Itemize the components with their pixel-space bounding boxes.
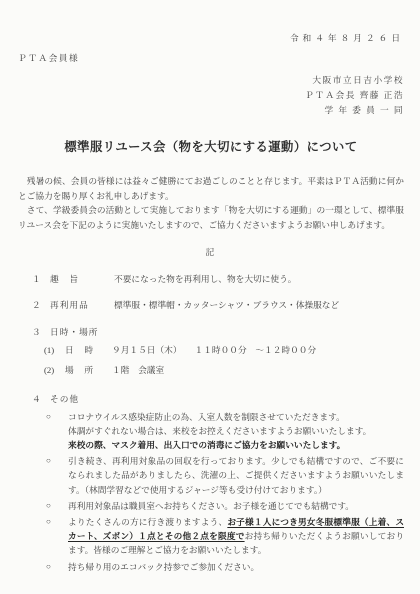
intro-paragraph: さて、学級委員会の活動として実施しております「物を大切にする運動」の一環として、… bbox=[18, 203, 404, 232]
subitem-number: (2) bbox=[44, 362, 65, 379]
item-label: 趣 旨 bbox=[50, 272, 114, 287]
record-items: １趣 旨不要になった物を再利用し、物を大切に使う。 ２再利用品標準服・標準帽・カ… bbox=[18, 272, 404, 574]
bullet-text: 再利用対象品は職員室へお持ちください。お子様を通じてでも結構です。 bbox=[68, 499, 404, 513]
body-paragraphs: 残暑の候、会員の皆様には益々ご健勝にてお過ごしのことと存じます。平素はＰＴＡ活動… bbox=[18, 174, 404, 232]
greeting-paragraph: 残暑の候、会員の皆様には益々ご健勝にてお過ごしのことと存じます。平素はＰＴＡ活動… bbox=[18, 174, 404, 203]
item-others: ４その他 bbox=[18, 392, 404, 407]
item-reuse-goods: ２再利用品標準服・標準帽・カッターシャツ・ブラウス・体操服など bbox=[18, 298, 404, 313]
list-item-covid: ○ コロナウイルス感染症防止の為、入室人数を制限させていただきます。 体調がすぐ… bbox=[18, 410, 404, 453]
list-item-ecobag: ○ 持ち帰り用のエコバック持参でご参加ください。 bbox=[18, 560, 404, 574]
document-title: 標準服リユース会（物を大切にする運動）について bbox=[18, 139, 404, 155]
subitem-place: (2)場 所１階 会議室 bbox=[18, 362, 404, 379]
others-bullet-list: ○ コロナウイルス感染症防止の為、入室人数を制限させていただきます。 体調がすぐ… bbox=[18, 410, 404, 574]
item-label: 再利用品 bbox=[50, 298, 114, 313]
circle-bullet-icon: ○ bbox=[46, 515, 68, 558]
circle-bullet-icon: ○ bbox=[46, 410, 68, 453]
item-content: 標準服・標準帽・カッターシャツ・ブラウス・体操服など bbox=[114, 300, 339, 310]
item-purpose: １趣 旨不要になった物を再利用し、物を大切に使う。 bbox=[18, 272, 404, 287]
item-number: ４ bbox=[32, 392, 50, 407]
bullet-text: 引き続き、再利用対象品の回収を行っております。少しでも結構ですので、ご不要になら… bbox=[68, 454, 404, 497]
circle-bullet-icon: ○ bbox=[46, 499, 68, 513]
sender-president: ＰＴＡ会長 齊藤 正浩 bbox=[18, 88, 404, 103]
item-label: 日時・場所 bbox=[50, 325, 114, 340]
record-marker: 記 bbox=[18, 245, 404, 260]
sender-block: 大阪市立日吉小学校 ＰＴＡ会長 齊藤 正浩 学 年 委 員 一 同 bbox=[18, 73, 404, 118]
bullet-run: よりたくさんの方に行き渡りますよう、 bbox=[68, 517, 227, 527]
list-item-collection: ○ 引き続き、再利用対象品の回収を行っております。少しでも結構ですので、ご不要に… bbox=[18, 454, 404, 497]
subitem-label: 場 所 bbox=[65, 362, 112, 379]
sender-school: 大阪市立日吉小学校 bbox=[18, 73, 404, 88]
item-label: その他 bbox=[50, 392, 114, 407]
circle-bullet-icon: ○ bbox=[46, 560, 68, 574]
subitem-content: ９月１５日（木） １１時００分 ～１２時００分 bbox=[112, 345, 316, 355]
list-item-limit: ○ よりたくさんの方に行き渡りますよう、お子様１人につき男女冬服標準服（上着、ス… bbox=[18, 515, 404, 558]
bullet-line: 体調がすぐれない場合は、来校をお控えくださいますようお願いいたします。 bbox=[68, 424, 404, 438]
subitem-label: 日 時 bbox=[65, 342, 112, 359]
recipient-line: ＰＴＡ会員様 bbox=[18, 51, 404, 66]
list-item-dropoff: ○ 再利用対象品は職員室へお持ちください。お子様を通じてでも結構です。 bbox=[18, 499, 404, 513]
item-number: １ bbox=[32, 272, 50, 287]
item-number: ２ bbox=[32, 298, 50, 313]
item-content: 不要になった物を再利用し、物を大切に使う。 bbox=[114, 274, 296, 284]
subitem-datetime: (1)日 時９月１５日（木） １１時００分 ～１２時００分 bbox=[18, 342, 404, 359]
sender-committee: 学 年 委 員 一 同 bbox=[18, 103, 404, 118]
circle-bullet-icon: ○ bbox=[46, 454, 68, 497]
item-datetime-place: ３日時・場所 bbox=[18, 325, 404, 340]
bullet-text: 持ち帰り用のエコバック持参でご参加ください。 bbox=[68, 560, 404, 574]
item-number: ３ bbox=[32, 325, 50, 340]
document-page: 令和４年８月２６日 ＰＴＡ会員様 大阪市立日吉小学校 ＰＴＡ会長 齊藤 正浩 学… bbox=[0, 0, 420, 594]
bullet-line-emphasis: 来校の際、マスク着用、出入口での消毒にご協力をお願いいたします。 bbox=[68, 438, 404, 452]
bullet-line: コロナウイルス感染症防止の為、入室人数を制限させていただきます。 bbox=[68, 410, 404, 424]
subitem-number: (1) bbox=[44, 342, 65, 359]
document-date: 令和４年８月２６日 bbox=[18, 31, 404, 46]
subitem-content: １階 会議室 bbox=[112, 365, 164, 375]
